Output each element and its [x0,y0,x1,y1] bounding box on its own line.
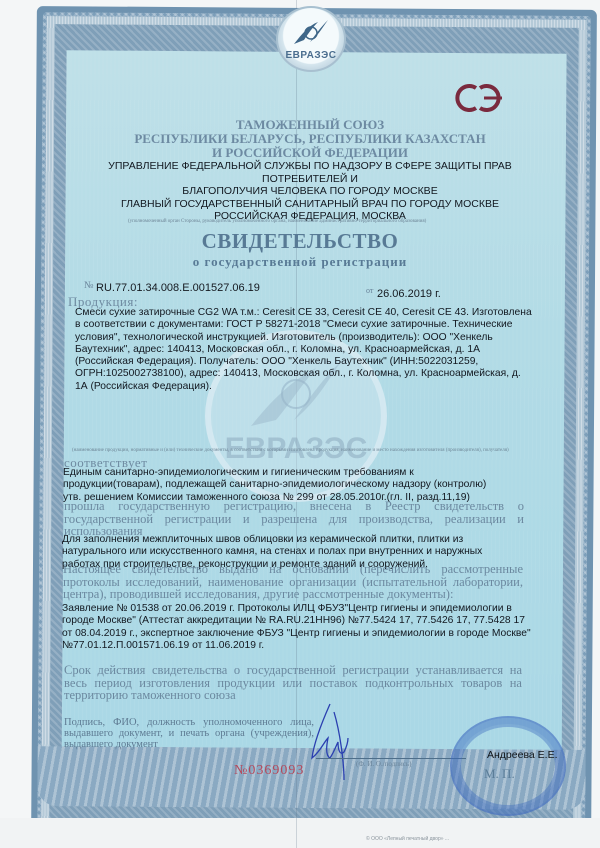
emblem-label: ЕВРАЗЭС [278,50,344,61]
signature-block-label: Подпись, ФИО, должность уполномоченного … [64,717,314,750]
signature-icon [300,702,370,782]
validity-statement: Срок действия свидетельства о государств… [64,664,522,702]
signer-name: Андреева Е.Е. [487,749,558,761]
basis-documents: Заявление № 01538 от 20.06.2019 г. Прото… [62,603,532,652]
document-subtitle: о государственной регистрации [100,254,500,270]
seal-label: М. П. [484,766,515,782]
date-label: от [366,286,373,295]
authority-caption: (уполномоченный орган Стороны, руководит… [128,219,426,224]
issuing-authority: УПРАВЛЕНИЕ ФЕДЕРАЛЬНОЙ СЛУЖБЫ ПО НАДЗОРУ… [70,160,550,223]
printer-note: © ООО «Лепный печатный двор» ... [366,836,449,842]
signature-caption: (Ф. И. О./подпись) [356,760,411,768]
number-label: № [84,280,94,291]
form-serial-number: №0369093 [234,763,304,779]
basis-intro: Настоящее свидетельство выдано на основа… [63,563,523,601]
registration-statement: прошла государственную регистрацию, внес… [64,500,524,538]
certificate-content: ЕВРАЗЭС ЕВРАЗЭС ТАМОЖЕННЫЙ СОЮЗ РЕСПУБЛИ… [0,0,600,848]
signature-line [316,758,466,759]
document-title: СВИДЕТЕЛЬСТВО [100,229,500,254]
authority-line-1: УПРАВЛЕНИЕ ФЕДЕРАЛЬНОЙ СЛУЖБЫ ПО НАДЗОРУ… [70,160,550,185]
emblem-swoosh-icon [292,18,330,46]
customs-union-conformity-mark-icon [446,82,512,114]
product-description: Смеси сухие затирочные CG2 WA т.м.: Cere… [75,307,535,393]
eurasec-emblem-icon: ЕВРАЗЭС [276,6,346,72]
product-caption: (наименование продукции, нормативные и (… [72,448,509,453]
union-header-line-3: И РОССИЙСКОЙ ФЕДЕРАЦИИ [80,145,540,161]
authority-line-2: БЛАГОПОЛУЧИЯ ЧЕЛОВЕКА ПО ГОРОДУ МОСКВЕ [70,185,550,198]
registration-date: 26.06.2019 г. [377,288,441,300]
authority-line-3: ГЛАВНЫЙ ГОСУДАРСТВЕННЫЙ САНИТАРНЫЙ ВРАЧ … [70,198,550,211]
registration-number: RU.77.01.34.008.Е.001527.06.19 [96,282,260,294]
